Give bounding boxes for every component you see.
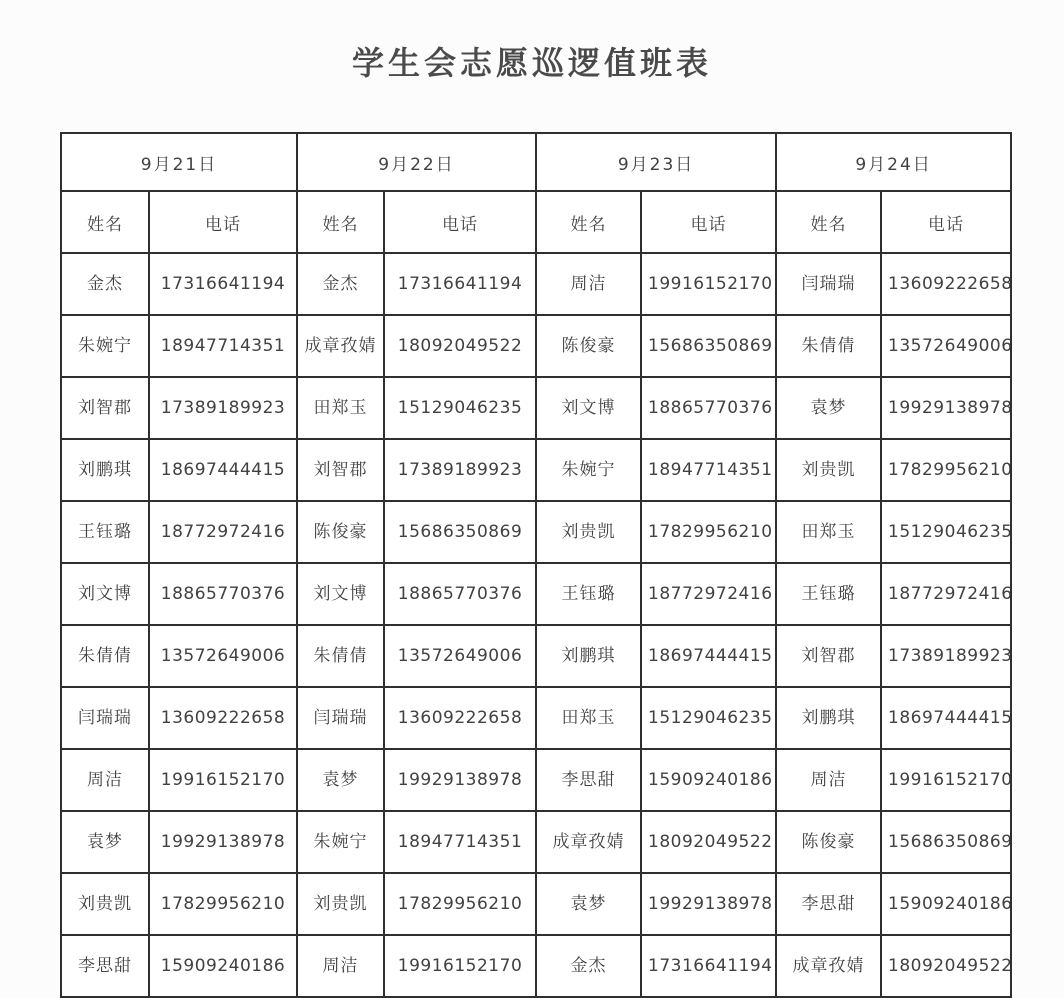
name-cell: 刘文博 [536,377,641,439]
phone-cell: 13572649006 [384,625,536,687]
table-row: 朱婉宁18947714351成章孜婧18092049522陈俊豪15686350… [61,315,1011,377]
phone-cell: 19929138978 [149,811,297,873]
name-cell: 金杰 [536,935,641,992]
page-title: 学生会志愿巡逻值班表 [0,38,1064,84]
name-cell: 刘智郡 [61,377,149,439]
phone-cell: 19929138978 [641,873,776,935]
name-cell: 闫瑞瑞 [297,687,384,749]
name-cell: 王钰璐 [61,501,149,563]
phone-cell: 19916152170 [881,749,1011,811]
name-cell: 刘贵凯 [776,439,881,501]
phone-cell: 17829956210 [149,873,297,935]
phone-header-cell: 电话 [641,191,776,253]
name-cell: 袁梦 [776,377,881,439]
name-cell: 刘贵凯 [536,501,641,563]
name-cell: 闫瑞瑞 [776,253,881,315]
name-cell: 朱倩倩 [61,625,149,687]
name-cell: 成章孜婧 [536,811,641,873]
name-cell: 刘贵凯 [61,873,149,935]
name-cell: 袁梦 [536,873,641,935]
phone-header-cell: 电话 [384,191,536,253]
name-cell: 李思甜 [776,873,881,935]
phone-cell: 18697444415 [149,439,297,501]
phone-cell: 18947714351 [384,811,536,873]
phone-cell: 17829956210 [881,439,1011,501]
table-row: 闫瑞瑞13609222658闫瑞瑞13609222658田郑玉151290462… [61,687,1011,749]
name-header-cell: 姓名 [61,191,149,253]
name-cell: 李思甜 [61,935,149,992]
name-cell: 周洁 [297,935,384,992]
table-row: 刘文博18865770376刘文博18865770376王钰璐187729724… [61,563,1011,625]
phone-cell: 19929138978 [384,749,536,811]
name-cell: 袁梦 [297,749,384,811]
name-cell: 朱婉宁 [297,811,384,873]
phone-cell: 17829956210 [641,501,776,563]
subheader-row: 姓名电话姓名电话姓名电话姓名电话 [61,191,1011,253]
phone-cell: 18865770376 [149,563,297,625]
phone-cell: 13609222658 [149,687,297,749]
phone-header-cell: 电话 [149,191,297,253]
name-cell: 刘智郡 [776,625,881,687]
phone-cell: 15129046235 [641,687,776,749]
name-cell: 成章孜婧 [776,935,881,992]
phone-cell: 18092049522 [881,935,1011,992]
phone-cell: 15686350869 [384,501,536,563]
name-header-cell: 姓名 [536,191,641,253]
phone-cell: 15686350869 [641,315,776,377]
table-row: 刘智郡17389189923田郑玉15129046235刘文博188657703… [61,377,1011,439]
phone-cell: 17389189923 [881,625,1011,687]
phone-cell: 18947714351 [641,439,776,501]
phone-cell: 18092049522 [641,811,776,873]
name-cell: 刘鹏琪 [61,439,149,501]
phone-cell: 15686350869 [881,811,1011,873]
phone-cell: 19916152170 [641,253,776,315]
name-cell: 陈俊豪 [297,501,384,563]
duty-schedule-table: 9月21日9月22日9月23日9月24日姓名电话姓名电话姓名电话姓名电话 金杰1… [60,132,1012,992]
phone-cell: 18865770376 [384,563,536,625]
name-cell: 田郑玉 [776,501,881,563]
name-cell: 朱倩倩 [297,625,384,687]
phone-cell: 17316641194 [641,935,776,992]
phone-cell: 15129046235 [384,377,536,439]
phone-header-cell: 电话 [881,191,1011,253]
name-cell: 金杰 [297,253,384,315]
phone-cell: 13572649006 [149,625,297,687]
date-header-cell: 9月22日 [297,133,536,191]
phone-cell: 18947714351 [149,315,297,377]
name-cell: 陈俊豪 [776,811,881,873]
name-cell: 周洁 [61,749,149,811]
name-cell: 金杰 [61,253,149,315]
name-cell: 刘贵凯 [297,873,384,935]
phone-cell: 18772972416 [149,501,297,563]
table-row: 周洁19916152170袁梦19929138978李思甜15909240186… [61,749,1011,811]
name-cell: 闫瑞瑞 [61,687,149,749]
name-cell: 成章孜婧 [297,315,384,377]
phone-cell: 15129046235 [881,501,1011,563]
name-header-cell: 姓名 [297,191,384,253]
name-cell: 刘文博 [61,563,149,625]
table-header: 9月21日9月22日9月23日9月24日姓名电话姓名电话姓名电话姓名电话 [61,133,1011,253]
phone-cell: 18092049522 [384,315,536,377]
name-cell: 刘鹏琪 [536,625,641,687]
table-row: 刘贵凯17829956210刘贵凯17829956210袁梦1992913897… [61,873,1011,935]
phone-cell: 13572649006 [881,315,1011,377]
phone-cell: 19916152170 [384,935,536,992]
phone-cell: 19916152170 [149,749,297,811]
name-cell: 刘智郡 [297,439,384,501]
table-row: 刘鹏琪18697444415刘智郡17389189923朱婉宁189477143… [61,439,1011,501]
phone-cell: 15909240186 [149,935,297,992]
phone-cell: 13609222658 [384,687,536,749]
phone-cell: 17389189923 [149,377,297,439]
name-cell: 刘文博 [297,563,384,625]
table-body: 金杰17316641194金杰17316641194周洁19916152170闫… [61,253,1011,992]
name-cell: 刘鹏琪 [776,687,881,749]
phone-cell: 18772972416 [881,563,1011,625]
phone-cell: 15909240186 [641,749,776,811]
name-cell: 田郑玉 [297,377,384,439]
name-cell: 李思甜 [536,749,641,811]
table-row: 袁梦19929138978朱婉宁18947714351成章孜婧180920495… [61,811,1011,873]
name-cell: 王钰璐 [776,563,881,625]
phone-cell: 18697444415 [881,687,1011,749]
name-cell: 周洁 [776,749,881,811]
name-cell: 袁梦 [61,811,149,873]
date-header-cell: 9月24日 [776,133,1011,191]
table-row: 金杰17316641194金杰17316641194周洁19916152170闫… [61,253,1011,315]
name-header-cell: 姓名 [776,191,881,253]
table-row: 王钰璐18772972416陈俊豪15686350869刘贵凯178299562… [61,501,1011,563]
phone-cell: 18697444415 [641,625,776,687]
name-cell: 陈俊豪 [536,315,641,377]
phone-cell: 18772972416 [641,563,776,625]
table-row: 李思甜15909240186周洁19916152170金杰17316641194… [61,935,1011,992]
name-cell: 朱婉宁 [61,315,149,377]
name-cell: 周洁 [536,253,641,315]
phone-cell: 19929138978 [881,377,1011,439]
name-cell: 朱倩倩 [776,315,881,377]
phone-cell: 17316641194 [149,253,297,315]
phone-cell: 13609222658 [881,253,1011,315]
phone-cell: 17316641194 [384,253,536,315]
table-row: 朱倩倩13572649006朱倩倩13572649006刘鹏琪186974444… [61,625,1011,687]
date-header-cell: 9月23日 [536,133,776,191]
name-cell: 田郑玉 [536,687,641,749]
date-header-cell: 9月21日 [61,133,297,191]
phone-cell: 15909240186 [881,873,1011,935]
phone-cell: 17829956210 [384,873,536,935]
phone-cell: 17389189923 [384,439,536,501]
phone-cell: 18865770376 [641,377,776,439]
date-header-row: 9月21日9月22日9月23日9月24日 [61,133,1011,191]
name-cell: 朱婉宁 [536,439,641,501]
name-cell: 王钰璐 [536,563,641,625]
